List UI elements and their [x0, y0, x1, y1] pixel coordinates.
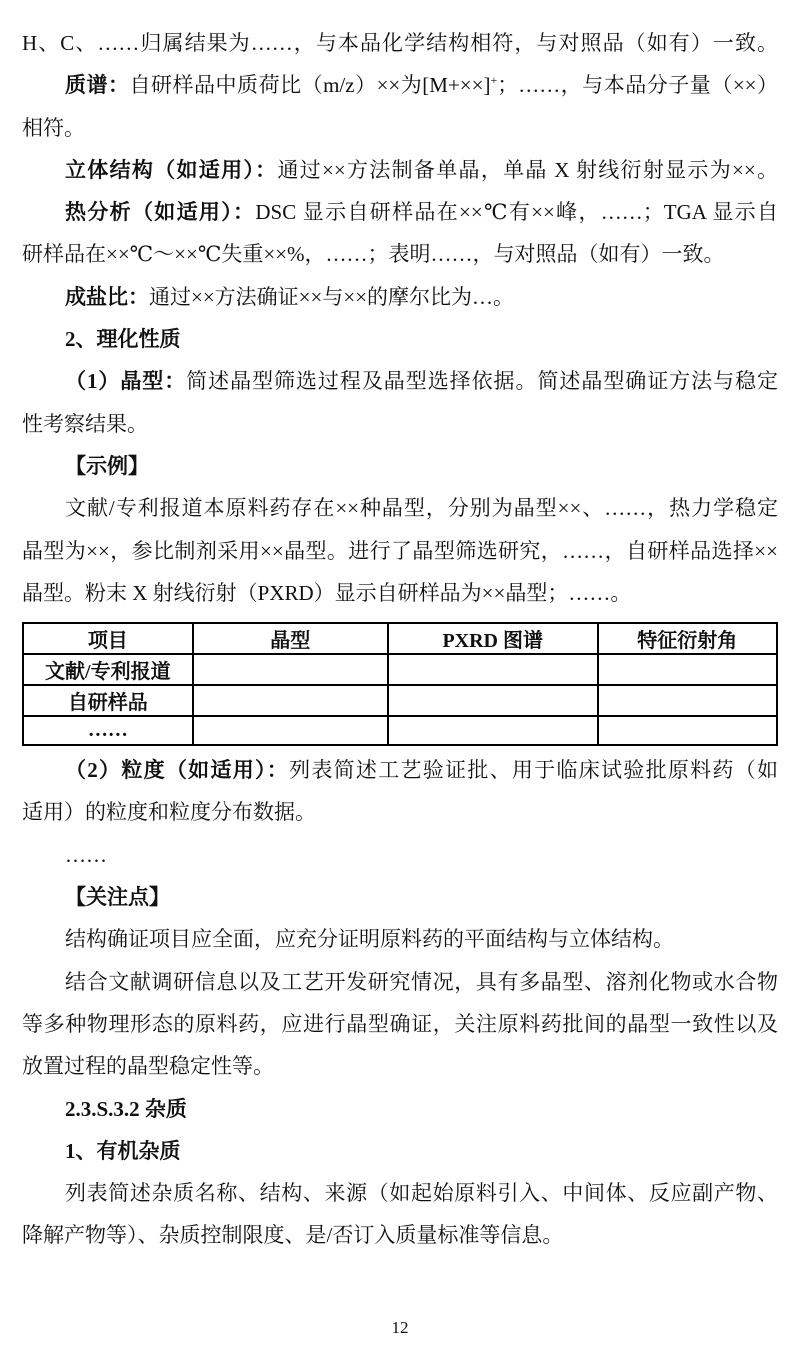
text-segment: DSC 显示自研样品在××℃有××峰，……；TGA 显示自 — [255, 200, 778, 224]
text-block-bottom: （2）粒度（如适用）：列表简述工艺验证批、用于临床试验批原料药（如适用）的粒度和… — [22, 749, 778, 1257]
text-block-top: H、C、……归属结果为……，与本品化学结构相符，与对照品（如有）一致。质谱：自研… — [22, 22, 778, 614]
text-line: 2.3.S.3.2 杂质 — [22, 1088, 778, 1130]
table-cell — [193, 716, 388, 745]
text-line: （2）粒度（如适用）：列表简述工艺验证批、用于临床试验批原料药（如 — [22, 749, 778, 791]
table-row: 自研样品 — [23, 685, 777, 716]
text-line: 立体结构（如适用）：通过××方法制备单晶，单晶 X 射线衍射显示为××。 — [22, 149, 778, 191]
text-line: 质谱：自研样品中质荷比（m/z）××为[M+××]+；……，与本品分子量（××） — [22, 64, 778, 106]
text-segment: 立体结构（如适用）： — [65, 158, 277, 182]
text-line: 列表简述杂质名称、结构、来源（如起始原料引入、中间体、反应副产物、 — [22, 1172, 778, 1214]
text-segment: 通过××方法制备单晶，单晶 X 射线衍射显示为××。 — [277, 158, 778, 182]
text-segment: 适用）的粒度和粒度分布数据。 — [22, 800, 316, 824]
text-line: …… — [22, 834, 778, 876]
document-page: H、C、……归属结果为……，与本品化学结构相符，与对照品（如有）一致。质谱：自研… — [0, 0, 800, 1369]
text-segment: 晶型。粉末 X 射线衍射（PXRD）显示自研样品为××晶型；……。 — [22, 581, 631, 605]
table-cell — [598, 685, 777, 716]
text-line: 文献/专利报道本原料药存在××种晶型，分别为晶型××、……，热力学稳定 — [22, 487, 778, 529]
text-segment: 通过××方法确证××与××的摩尔比为…。 — [149, 285, 514, 309]
text-line: 【示例】 — [22, 445, 778, 487]
table-header-row: 项目晶型PXRD 图谱特征衍射角 — [23, 623, 777, 654]
text-segment: 等多种物理形态的原料药，应进行晶型确证，关注原料药批间的晶型一致性以及 — [22, 1012, 778, 1036]
table-cell — [193, 685, 388, 716]
text-line: 降解产物等）、杂质控制限度、是/否订入质量标准等信息。 — [22, 1214, 778, 1256]
table-row-label: 自研样品 — [23, 685, 193, 716]
table-cell — [598, 654, 777, 685]
text-segment: 放置过程的晶型稳定性等。 — [22, 1054, 274, 1078]
text-segment: 研样品在××℃～××℃失重××%，……；表明……，与对照品（如有）一致。 — [22, 242, 725, 266]
text-segment: …… — [65, 843, 107, 867]
text-segment: H、C、……归属结果为……，与本品化学结构相符，与对照品（如有）一致。 — [22, 31, 778, 55]
text-segment: 2.3.S.3.2 杂质 — [65, 1097, 187, 1121]
text-segment: 【示例】 — [65, 454, 149, 478]
text-line: 结构确证项目应全面，应充分证明原料药的平面结构与立体结构。 — [22, 918, 778, 960]
table-cell — [598, 716, 777, 745]
text-line: 晶型。粉末 X 射线衍射（PXRD）显示自研样品为××晶型；……。 — [22, 572, 778, 614]
text-segment: 自研样品中质荷比（m/z）××为[M+××] — [130, 73, 491, 97]
table-header-cell: 特征衍射角 — [598, 623, 777, 654]
crystal-form-table: 项目晶型PXRD 图谱特征衍射角文献/专利报道 自研样品 …… — [22, 622, 778, 746]
text-line: 放置过程的晶型稳定性等。 — [22, 1045, 778, 1087]
text-line: 晶型为××，参比制剂采用××晶型。进行了晶型筛选研究，……，自研样品选择×× — [22, 530, 778, 572]
text-line: 结合文献调研信息以及工艺开发研究情况，具有多晶型、溶剂化物或水合物 — [22, 961, 778, 1003]
text-line: 成盐比：通过××方法确证××与××的摩尔比为…。 — [22, 276, 778, 318]
text-line: 2、理化性质 — [22, 318, 778, 360]
text-segment: 降解产物等）、杂质控制限度、是/否订入质量标准等信息。 — [22, 1223, 563, 1247]
text-segment: （1）晶型： — [65, 369, 186, 393]
text-line: H、C、……归属结果为……，与本品化学结构相符，与对照品（如有）一致。 — [22, 22, 778, 64]
table-row: 文献/专利报道 — [23, 654, 777, 685]
text-line: 【关注点】 — [22, 876, 778, 918]
text-line: （1）晶型：简述晶型筛选过程及晶型选择依据。简述晶型确证方法与稳定 — [22, 360, 778, 402]
text-segment: 质谱： — [65, 73, 130, 97]
text-line: 1、有机杂质 — [22, 1130, 778, 1172]
text-line: 相符。 — [22, 107, 778, 149]
text-segment: 成盐比： — [65, 285, 149, 309]
text-segment: 晶型为××，参比制剂采用××晶型。进行了晶型筛选研究，……，自研样品选择×× — [22, 539, 778, 563]
text-line: 性考察结果。 — [22, 403, 778, 445]
table-cell — [388, 685, 598, 716]
table-cell — [388, 716, 598, 745]
table-header-cell: 晶型 — [193, 623, 388, 654]
text-line: 适用）的粒度和粒度分布数据。 — [22, 791, 778, 833]
table-cell — [193, 654, 388, 685]
text-segment: 列表简述工艺验证批、用于临床试验批原料药（如 — [289, 758, 778, 782]
text-segment: 【关注点】 — [65, 885, 170, 909]
table-header-cell: 项目 — [23, 623, 193, 654]
table-header-cell: PXRD 图谱 — [388, 623, 598, 654]
text-segment: 相符。 — [22, 116, 85, 140]
table-row: …… — [23, 716, 777, 745]
page-number: 12 — [0, 1318, 800, 1338]
table-cell — [388, 654, 598, 685]
text-line: 等多种物理形态的原料药，应进行晶型确证，关注原料药批间的晶型一致性以及 — [22, 1003, 778, 1045]
text-segment: 性考察结果。 — [22, 412, 148, 436]
text-segment: 热分析（如适用）： — [65, 200, 255, 224]
text-segment: 2、理化性质 — [65, 327, 181, 351]
text-line: 热分析（如适用）：DSC 显示自研样品在××℃有××峰，……；TGA 显示自 — [22, 191, 778, 233]
text-segment: 结构确证项目应全面，应充分证明原料药的平面结构与立体结构。 — [65, 927, 674, 951]
text-segment: 列表简述杂质名称、结构、来源（如起始原料引入、中间体、反应副产物、 — [65, 1181, 778, 1205]
text-segment: 1、有机杂质 — [65, 1139, 181, 1163]
text-segment: 简述晶型筛选过程及晶型选择依据。简述晶型确证方法与稳定 — [186, 369, 778, 393]
text-segment: （2）粒度（如适用）： — [65, 758, 289, 782]
table-row-label: …… — [23, 716, 193, 745]
text-segment: 文献/专利报道本原料药存在××种晶型，分别为晶型××、……，热力学稳定 — [65, 496, 778, 520]
text-segment: ；……，与本品分子量（××） — [497, 73, 778, 97]
text-line: 研样品在××℃～××℃失重××%，……；表明……，与对照品（如有）一致。 — [22, 233, 778, 275]
text-segment: 结合文献调研信息以及工艺开发研究情况，具有多晶型、溶剂化物或水合物 — [65, 970, 778, 994]
table-row-label: 文献/专利报道 — [23, 654, 193, 685]
